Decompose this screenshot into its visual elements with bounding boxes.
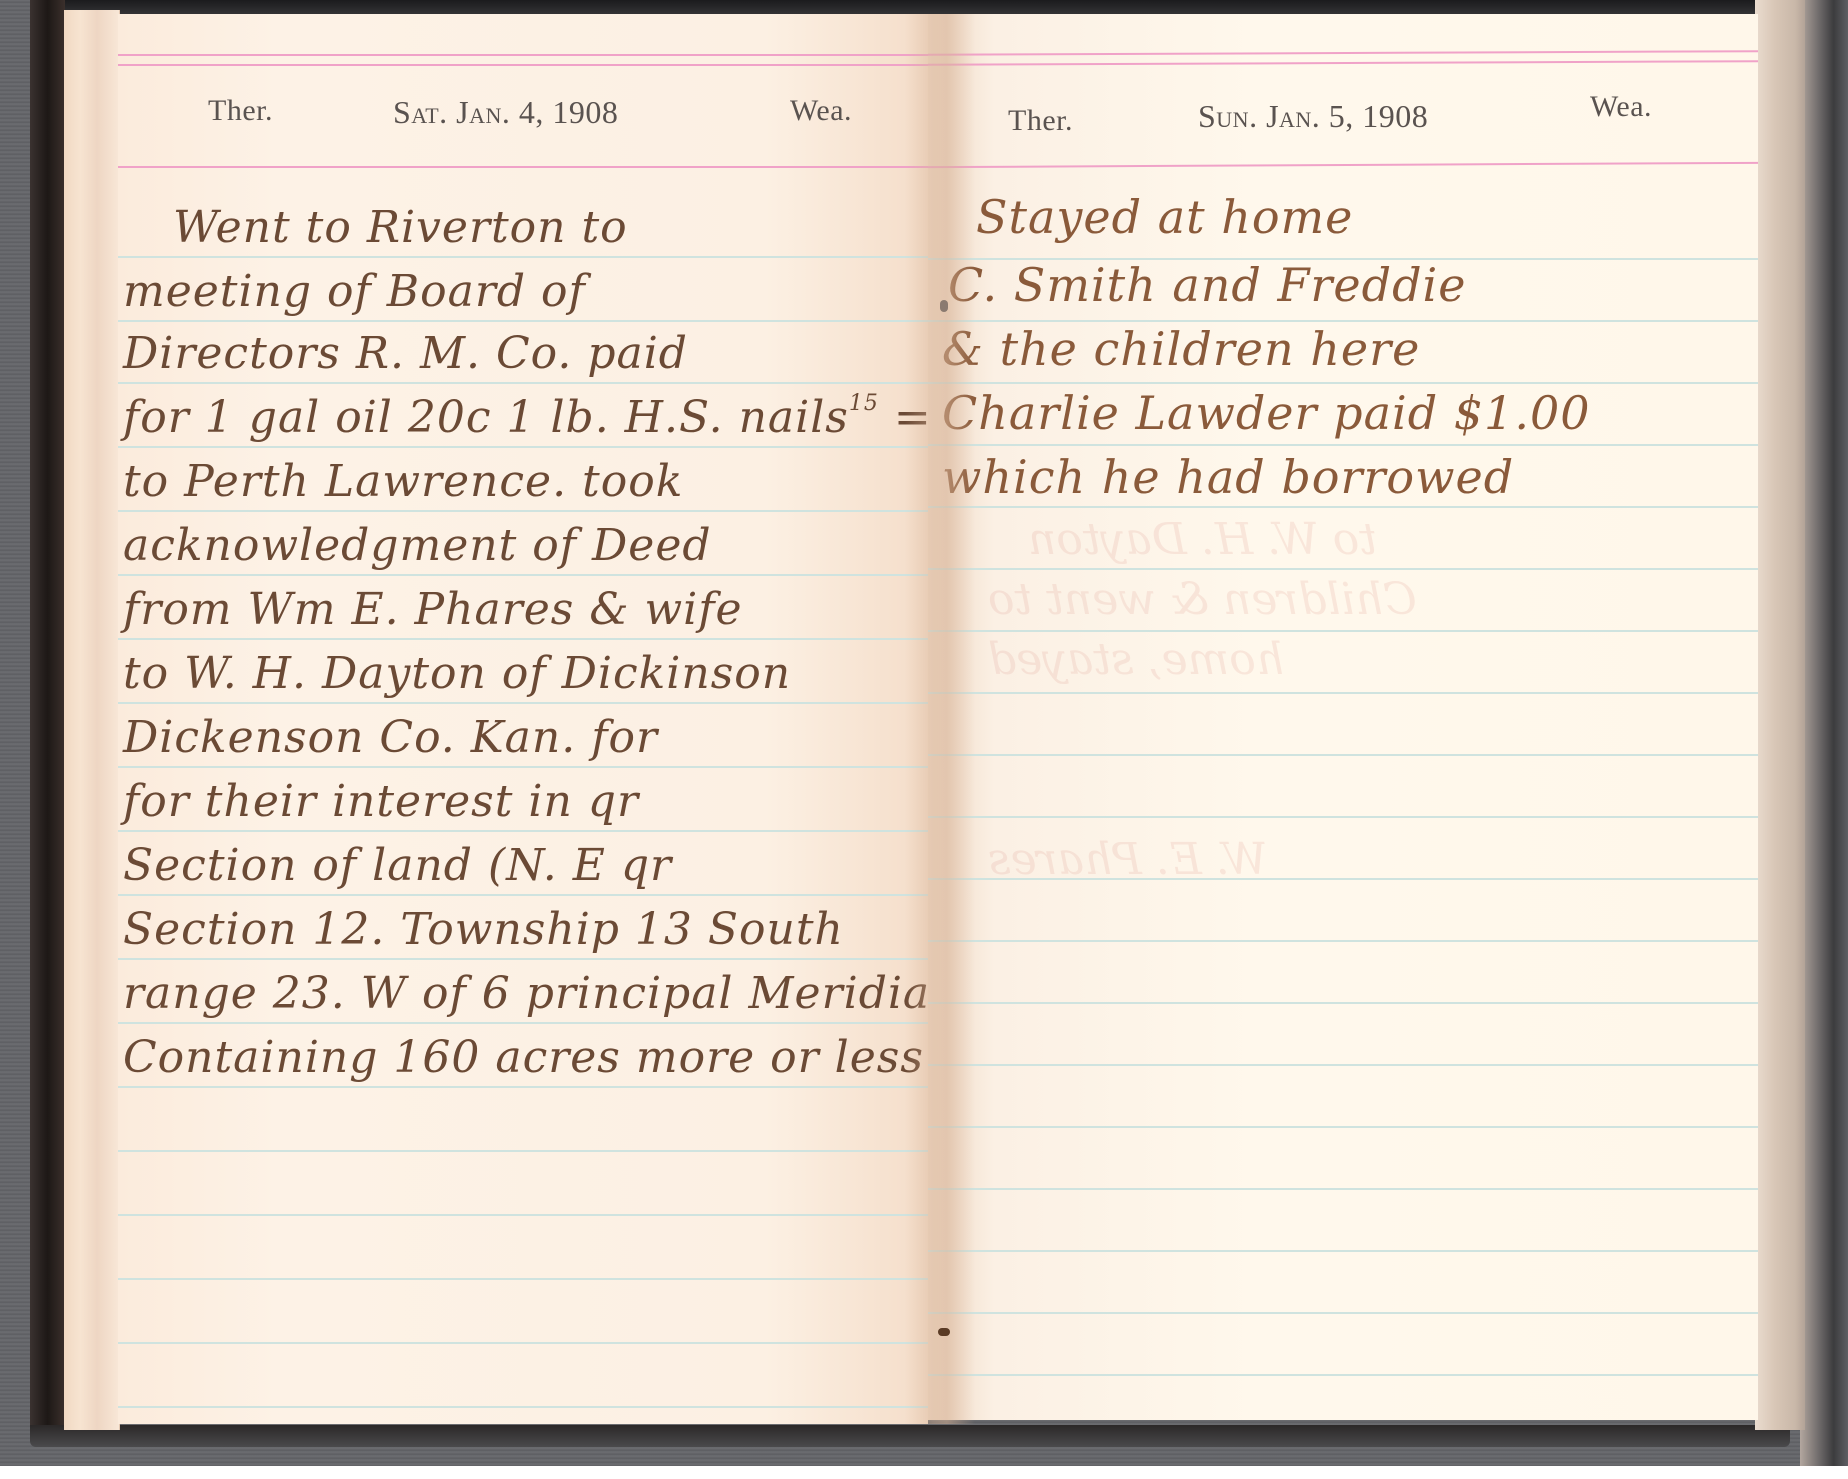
ruled-line <box>118 1086 928 1088</box>
ruled-line <box>118 1406 928 1408</box>
page-date: Sun. Jan. 5, 1908 <box>1198 98 1428 135</box>
right-page: Ther. Sun. Jan. 5, 1908 Wea. to W. H. Da… <box>928 14 1758 1420</box>
ruled-line <box>928 692 1758 694</box>
pink-rule-top-1 <box>118 54 928 56</box>
pink-rule-top-2 <box>118 64 928 66</box>
superscript-price: 15 <box>849 391 879 416</box>
ruled-line <box>118 1342 928 1344</box>
page-edges-right <box>1755 0 1805 1430</box>
thermometer-label: Ther. <box>208 94 273 128</box>
entry-line: C. Smith and Freddie <box>948 258 1466 312</box>
entry-line: Containing 160 acres more or less. <box>123 1032 939 1083</box>
ruled-line <box>928 444 1758 446</box>
ruled-line <box>118 894 928 896</box>
entry-line: for 1 gal oil 20c 1 lb. H.S. nails15 = 3… <box>123 392 1005 443</box>
ruled-line <box>118 446 928 448</box>
entry-line: from Wm E. Phares & wife <box>123 584 743 635</box>
entry-line: meeting of Board of <box>123 266 586 317</box>
entry-line: for their interest in qr <box>123 776 639 827</box>
entry-text: for 1 gal oil 20c 1 lb. H.S. nails <box>123 392 849 443</box>
entry-line: Went to Riverton to <box>173 202 628 253</box>
bleed-through-text: Children & went to <box>988 574 1417 625</box>
ruled-line <box>118 1278 928 1280</box>
ruled-line <box>928 382 1758 384</box>
entry-line: Dickenson Co. Kan. for <box>123 712 658 763</box>
binding-stitch <box>938 1328 950 1336</box>
weather-label: Wea. <box>790 94 852 128</box>
ruled-line <box>928 1064 1758 1066</box>
ruled-line <box>118 702 928 704</box>
ruled-line <box>118 1022 928 1024</box>
left-page-header: Ther. Sat. Jan. 4, 1908 Wea. <box>118 94 928 144</box>
bleed-through-text: home, stayed <box>988 634 1284 685</box>
page-date: Sat. Jan. 4, 1908 <box>393 94 618 131</box>
weather-label: Wea. <box>1590 90 1652 124</box>
book-cover-left <box>30 0 65 1440</box>
bleed-through-text: W. E. Phares <box>988 834 1267 885</box>
ruled-line <box>928 506 1758 508</box>
entry-line: which he had borrowed <box>942 450 1514 504</box>
entry-line: Section of land (N. E qr <box>123 840 672 891</box>
page-edges-left <box>64 10 120 1430</box>
bleed-through-text: to W. H. Dayton <box>1028 514 1377 565</box>
entry-line: Directors R. M. Co. paid <box>123 328 688 379</box>
entry-line: acknowledgment of Deed <box>123 520 712 571</box>
ruled-line <box>928 1002 1758 1004</box>
entry-line: to Perth Lawrence. took <box>123 456 683 507</box>
ruled-line <box>118 510 928 512</box>
entry-line: Section 12. Township 13 South <box>123 904 844 955</box>
ruled-line <box>118 256 928 258</box>
ruled-line <box>928 568 1758 570</box>
pink-rule-top-1 <box>928 50 1758 56</box>
ruled-line <box>928 940 1758 942</box>
ruled-line <box>928 1126 1758 1128</box>
left-page: Ther. Sat. Jan. 4, 1908 Wea. Went to Riv… <box>118 14 928 1424</box>
ruled-line <box>928 1250 1758 1252</box>
ruled-line <box>118 382 928 384</box>
pink-rule-header-bottom <box>928 162 1758 168</box>
binding-stitch <box>940 300 948 312</box>
ruled-line <box>118 958 928 960</box>
pink-rule-top-2 <box>928 60 1758 66</box>
ruled-line <box>928 754 1758 756</box>
thermometer-label: Ther. <box>1008 104 1073 138</box>
right-page-header: Ther. Sun. Jan. 5, 1908 Wea. <box>928 96 1758 146</box>
ruled-line <box>928 1188 1758 1190</box>
ruled-line <box>118 830 928 832</box>
ruled-line <box>118 574 928 576</box>
ruled-line <box>928 1374 1758 1376</box>
pink-rule-header-bottom <box>118 166 928 168</box>
ruled-line <box>118 638 928 640</box>
ruled-line <box>118 1150 928 1152</box>
entry-line: range 23. W of 6 principal Meridian <box>123 968 960 1019</box>
ruled-line <box>928 816 1758 818</box>
book-cover-right <box>1800 0 1848 1466</box>
ruled-line <box>118 1214 928 1216</box>
ruled-line <box>118 320 928 322</box>
entry-line: Stayed at home <box>976 190 1353 244</box>
entry-line: Charlie Lawder paid $1.00 <box>942 386 1590 440</box>
book-cover-bottom <box>30 1425 1790 1447</box>
entry-line: to W. H. Dayton of Dickinson <box>123 648 791 699</box>
ruled-line <box>928 1312 1758 1314</box>
ruled-line <box>118 766 928 768</box>
ruled-line <box>928 630 1758 632</box>
entry-line: & the children here <box>942 322 1420 376</box>
